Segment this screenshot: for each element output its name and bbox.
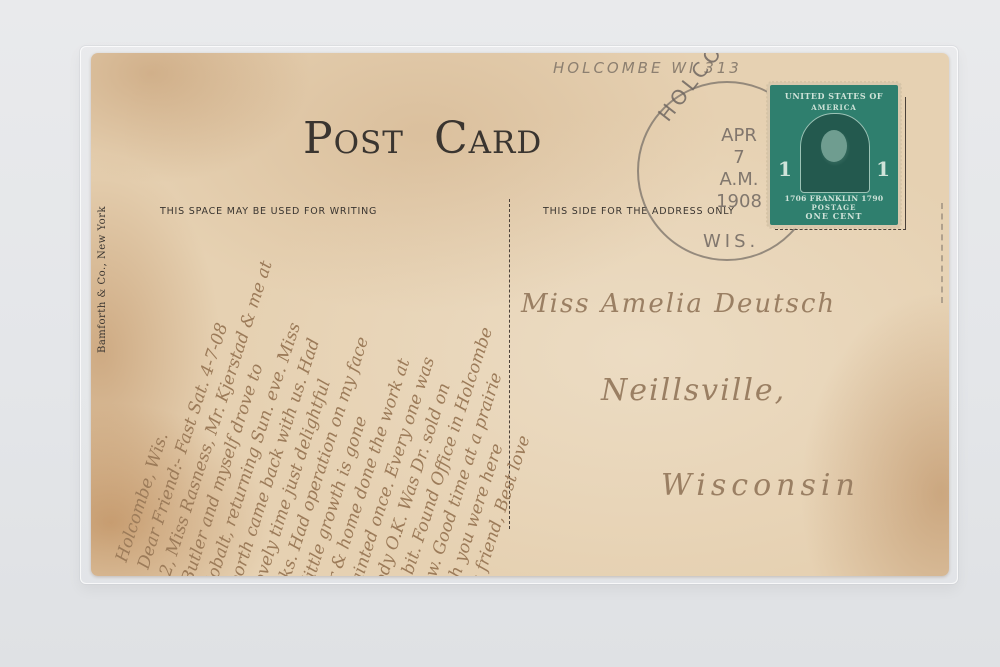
cancel-edge-marks	[931, 203, 943, 303]
stamp-country: UNITED STATES OF	[776, 91, 892, 101]
stamp-denomination-right: 1	[876, 157, 890, 181]
postmark-date: APR 7 A.M. 1908	[709, 125, 769, 213]
stamp-portrait-name: 1706 FRANKLIN 1790	[776, 194, 892, 203]
postmark-state: WIS.	[703, 231, 759, 252]
address-city: Neillsville,	[601, 373, 786, 408]
postage-stamp: UNITED STATES OF AMERICA 1 1 1706 FRANKL…	[770, 85, 898, 225]
postmark-time: A.M.	[709, 169, 769, 191]
publisher-imprint: Bamforth & Co., New York	[97, 206, 108, 353]
franklin-portrait-icon	[800, 113, 870, 193]
stamp-denomination-left: 1	[778, 157, 792, 181]
stamp-value: ONE CENT	[776, 211, 892, 221]
address-state: Wisconsin	[661, 468, 860, 503]
postmark-day: 7	[709, 147, 769, 169]
postmark-year: 1908	[709, 191, 769, 213]
stamp-country-sub: AMERICA	[776, 103, 892, 112]
address-recipient: Miss Amelia Deutsch	[521, 289, 836, 319]
postcard: HOLCOMBE WI 313 PostCard THIS SPACE MAY …	[91, 53, 949, 576]
postmark-month: APR	[709, 125, 769, 147]
portrait-face	[821, 130, 847, 162]
